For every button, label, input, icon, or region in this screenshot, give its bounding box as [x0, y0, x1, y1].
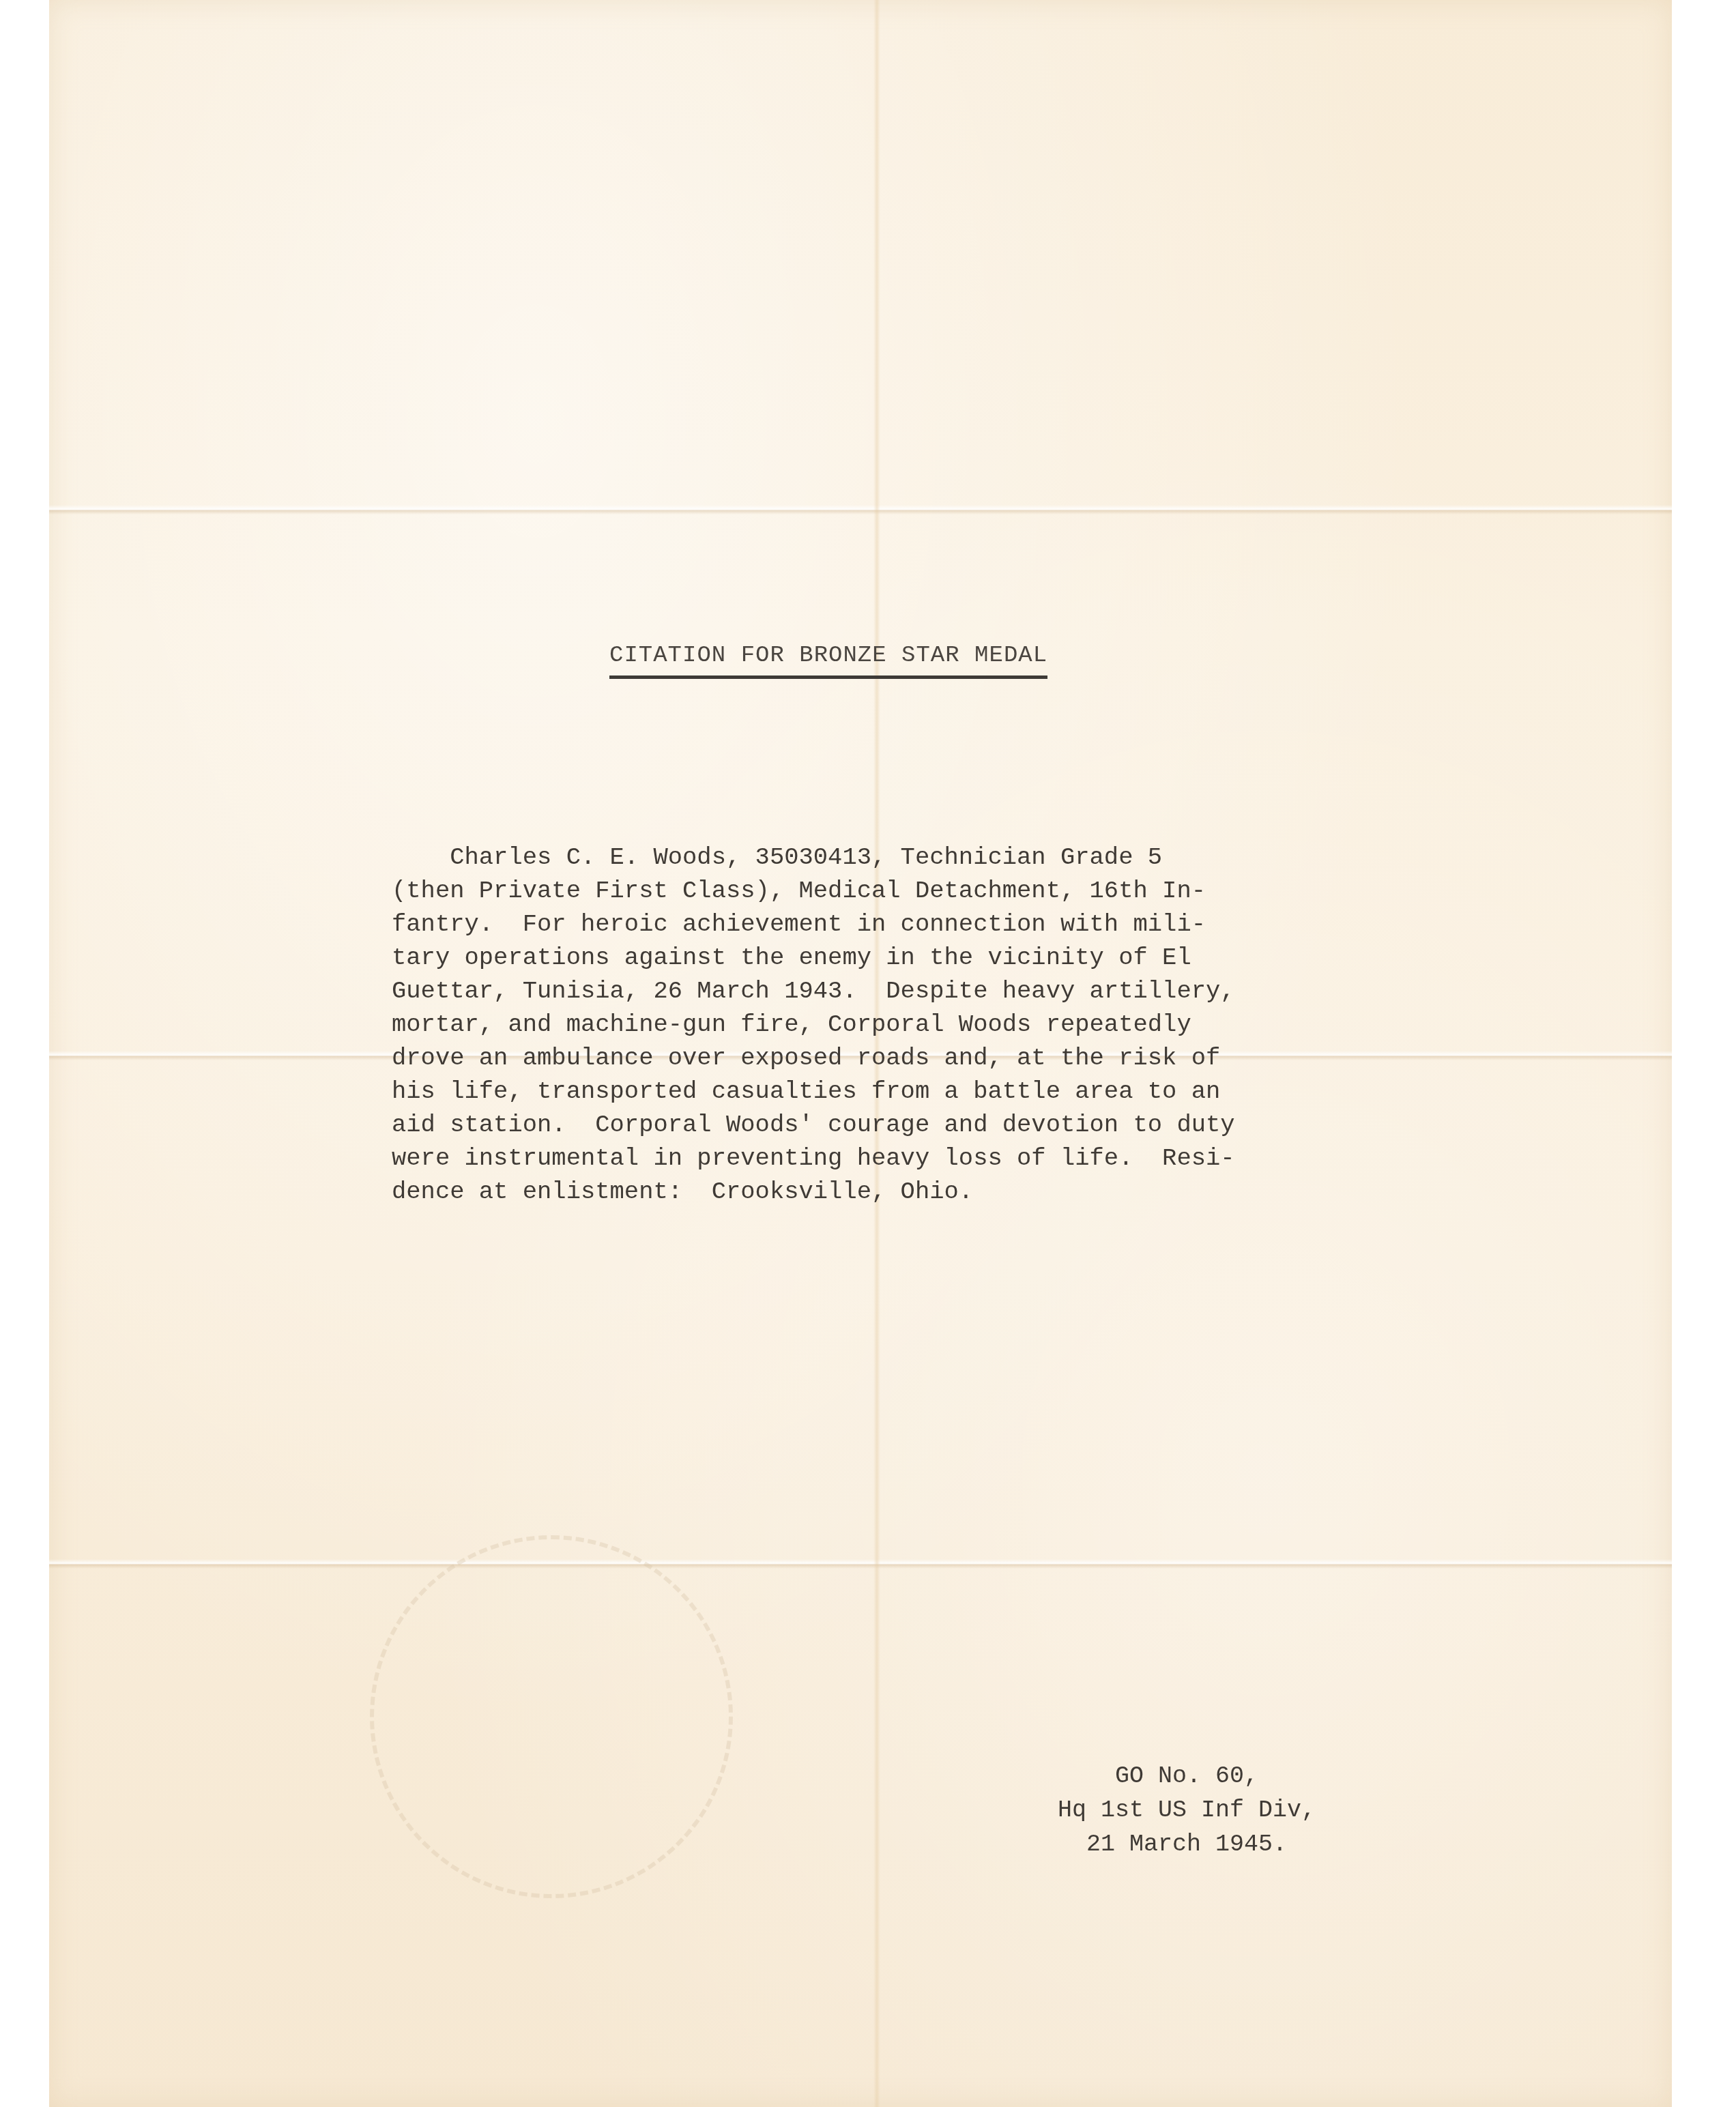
citation-line: Guettar, Tunisia, 26 March 1943. Despite…: [392, 974, 1388, 1008]
citation-line: tary operations against the enemy in the…: [392, 941, 1388, 974]
citation-body: Charles C. E. Woods, 35030413, Technicia…: [392, 841, 1388, 1208]
citation-line: drove an ambulance over exposed roads an…: [392, 1041, 1388, 1075]
citation-line: dence at enlistment: Crooksville, Ohio.: [392, 1175, 1388, 1208]
citation-line: mortar, and machine-gun fire, Corporal W…: [392, 1008, 1388, 1041]
citation-line: Charles C. E. Woods, 35030413, Technicia…: [392, 841, 1388, 874]
citation-line: his life, transported casualties from a …: [392, 1075, 1388, 1108]
document-title: CITATION FOR BRONZE STAR MEDAL: [609, 643, 1047, 679]
citation-line: fantry. For heroic achievement in connec…: [392, 907, 1388, 941]
fold-line-horizontal: [49, 1559, 1672, 1569]
fold-line-horizontal: [49, 505, 1672, 514]
citation-line: aid station. Corporal Woods' courage and…: [392, 1108, 1388, 1142]
issuing-headquarters: Hq 1st US Inf Div,: [1058, 1793, 1316, 1827]
order-date: 21 March 1945.: [1058, 1827, 1316, 1861]
embossed-seal: [370, 1535, 733, 1898]
general-order-reference: GO No. 60, Hq 1st US Inf Div, 21 March 1…: [1058, 1759, 1316, 1861]
general-order-number: GO No. 60,: [1058, 1759, 1316, 1793]
citation-line: (then Private First Class), Medical Deta…: [392, 874, 1388, 907]
citation-line: were instrumental in preventing heavy lo…: [392, 1142, 1388, 1175]
